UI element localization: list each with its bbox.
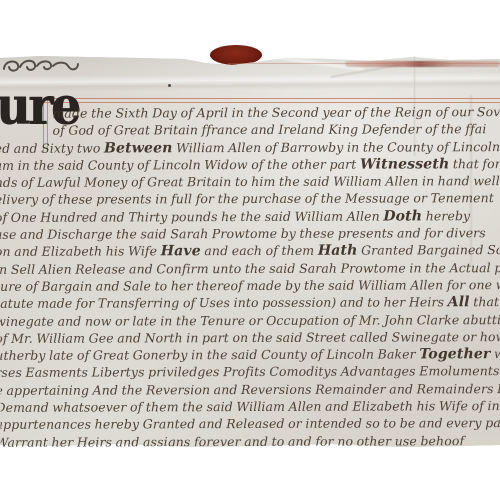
document-lines: made the Sixth Day of April in the Secon…	[0, 103, 500, 447]
text-line: made the Sixth Day of April in the Secon…	[0, 103, 499, 122]
text-line: ase and Discharge the said Sarah Prowtom…	[0, 224, 500, 243]
text-line: of God of Great Britain ffrance and Irel…	[0, 120, 500, 139]
text-line: Warrant her Heirs and assigns forever an…	[0, 432, 500, 447]
text-line: appurtenances hereby Granted and Release…	[0, 414, 500, 433]
text-line: elivery of these presents in full for th…	[0, 190, 500, 209]
text-line: e appertaining And the Reversion and Rev…	[0, 380, 500, 399]
text-line: winegate and now or late in the Tenure o…	[0, 311, 500, 330]
text-line: tatute made for Transferring of Uses int…	[0, 293, 500, 312]
text-line: of One Hundred and Thirty pounds he the …	[0, 207, 500, 226]
text-line: ed and Sixty two Between William Allen o…	[0, 138, 500, 157]
text-line: of Mr. William Gee and North in part on …	[0, 328, 500, 347]
text-line: in Sell Alien Release and Confirm unto t…	[0, 259, 500, 278]
text-line: rses Easments Libertys priviledges Profi…	[0, 363, 500, 382]
text-line: utherby late of Great Gonerby in the sai…	[0, 345, 500, 364]
text-line: am in the said County of Lincoln Widow o…	[0, 155, 500, 174]
wax-seal	[210, 45, 262, 65]
text-line: nds of Lawful Money of Great Britain to …	[0, 172, 500, 191]
photo-of-indenture: ure made the Sixth Day of April in the S…	[0, 0, 500, 500]
text-line: ture of Bargain and Sale to her thereof …	[0, 276, 500, 295]
text-line: Demand whatsoever of them the said Willi…	[0, 397, 500, 416]
text-line: on and Elizabeth his Wife Have and each …	[0, 242, 500, 261]
